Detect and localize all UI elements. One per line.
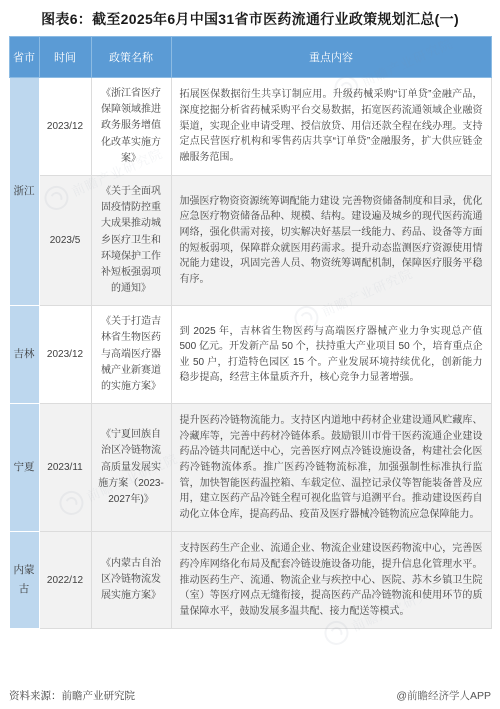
content-cell: 拓展医保数据衍生共享订制应用。升级药械采购“订单贷”金融产品，深度挖掘分析省药械… [171, 78, 491, 176]
policy-name-cell: 《浙江省医疗保障领域推进政务服务增值化改革实施方案》 [91, 78, 171, 176]
table-row: 2023/5 《关于全面巩固疫情防控重大成果推动城乡医疗卫生和环境保护工作补短板… [9, 175, 491, 305]
policy-name-cell: 《关于全面巩固疫情防控重大成果推动城乡医疗卫生和环境保护工作补短板强弱项的通知》 [91, 175, 171, 305]
table-row: 浙江 2023/12 《浙江省医疗保障领域推进政务服务增值化改革实施方案》 拓展… [9, 78, 491, 176]
column-header-policy: 政策名称 [91, 37, 171, 78]
figure-footer: 资料来源：前瞻产业研究院 @前瞻经济学人APP [9, 688, 491, 703]
page-title: 图表6：截至2025年6月中国31省市医药流通行业政策规划汇总(一) [0, 0, 500, 36]
time-cell: 2023/12 [39, 78, 91, 176]
content-cell: 到 2025 年，吉林省生物医药与高端医疗器械产业力争实现总产值 500 亿元。… [171, 306, 491, 404]
time-cell: 2022/12 [39, 532, 91, 629]
column-header-time: 时间 [39, 37, 91, 78]
content-cell: 支持医药生产企业、流通企业、物流企业建设医药物流中心，完善医药冷库网络化布局及配… [171, 532, 491, 629]
time-cell: 2023/11 [39, 404, 91, 532]
time-cell: 2023/5 [39, 175, 91, 305]
table-row: 内蒙古 2022/12 《内蒙古自治区冷链物流发展实施方案》 支持医药生产企业、… [9, 532, 491, 629]
content-cell: 提升医药冷链物流能力。支持区内道地中药材企业建设通风贮藏库、冷藏库等，完善中药材… [171, 404, 491, 532]
column-header-province: 省市 [9, 37, 39, 78]
province-cell: 宁夏 [9, 404, 39, 532]
time-cell: 2023/12 [39, 306, 91, 404]
policy-name-cell: 《宁夏回族自治区冷链物流高质量发展实施方案（2023-2027年)》 [91, 404, 171, 532]
province-cell: 浙江 [9, 78, 39, 306]
table-row: 宁夏 2023/11 《宁夏回族自治区冷链物流高质量发展实施方案（2023-20… [9, 404, 491, 532]
province-cell: 内蒙古 [9, 532, 39, 629]
column-header-content: 重点内容 [171, 37, 491, 78]
table-header-row: 省市 时间 政策名称 重点内容 [9, 37, 491, 78]
source-label: 资料来源：前瞻产业研究院 [9, 688, 135, 703]
policy-name-cell: 《内蒙古自治区冷链物流发展实施方案》 [91, 532, 171, 629]
report-figure-page: 前瞻产业研究院 前瞻产业研究院 前瞻产业研究院 前瞻产业研究院 前瞻产业研究院 … [0, 0, 500, 709]
province-cell: 吉林 [9, 306, 39, 404]
policy-name-cell: 《关于打造吉林省生物医药与高端医疗器械产业新赛道的实施方案》 [91, 306, 171, 404]
content-cell: 加强医疗物资资源统筹调配能力建设 完善物资储备制度和目录，优化应急医疗物资储备品… [171, 175, 491, 305]
credit-label: @前瞻经济学人APP [396, 688, 491, 703]
policy-table: 省市 时间 政策名称 重点内容 浙江 2023/12 《浙江省医疗保障领域推进政… [9, 36, 492, 629]
table-row: 吉林 2023/12 《关于打造吉林省生物医药与高端医疗器械产业新赛道的实施方案… [9, 306, 491, 404]
